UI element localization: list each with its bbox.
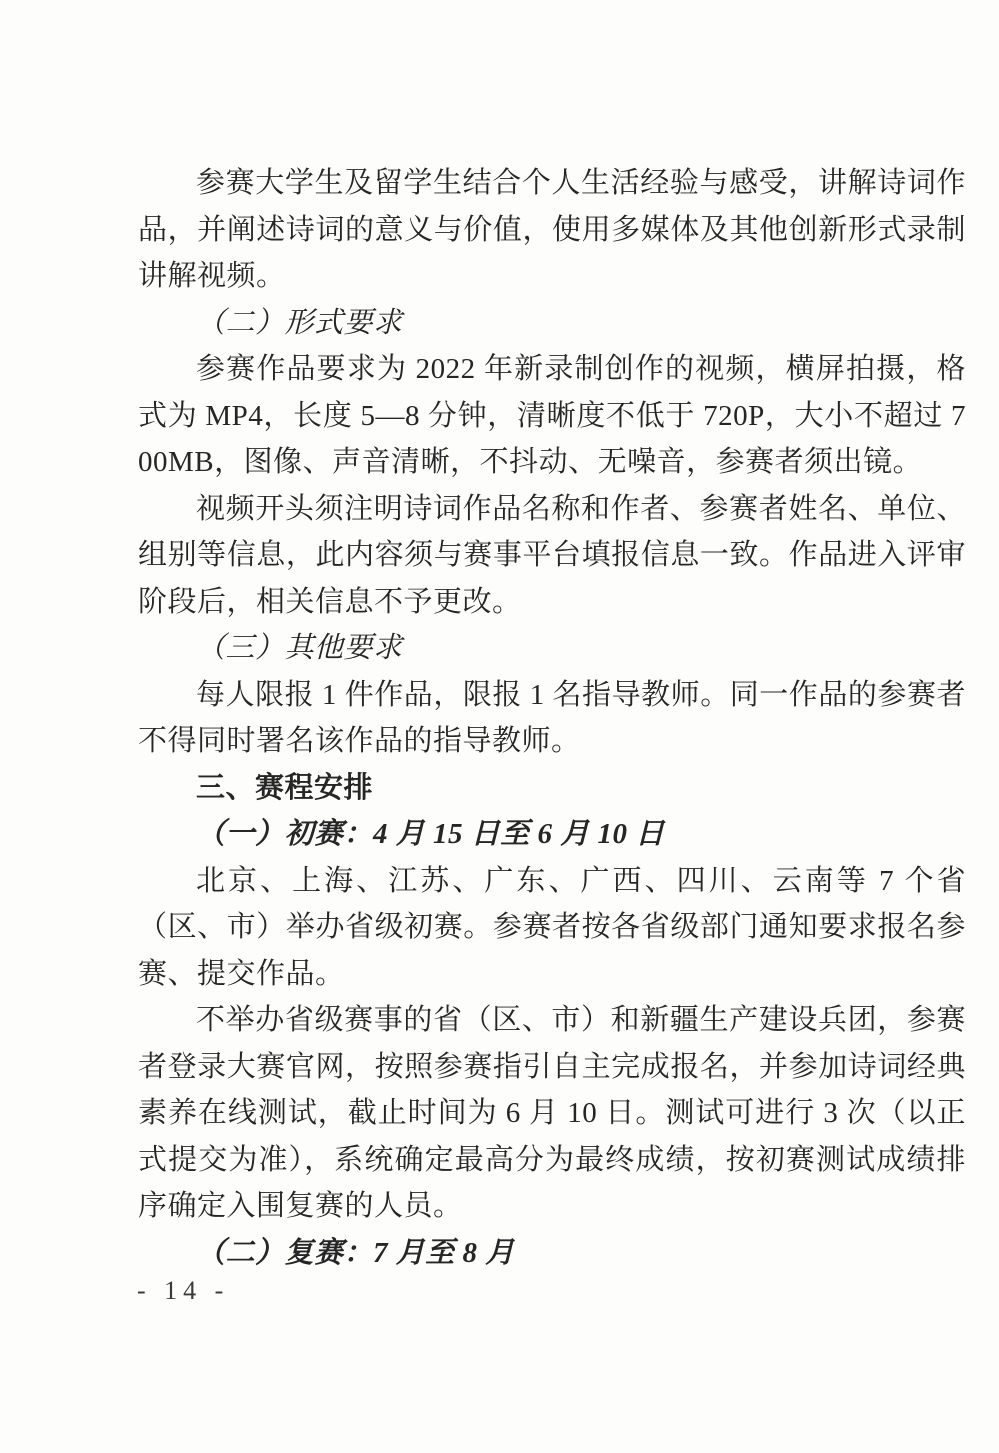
- document-page: 参赛大学生及留学生结合个人生活经验与感受，讲解诗词作品，并阐述诗词的意义与价值，…: [0, 0, 999, 1453]
- paragraph-video-header-info: 视频开头须注明诗词作品名称和作者、参赛者姓名、单位、组别等信息，此内容须与赛事平…: [138, 486, 966, 626]
- page-number: - 14 -: [137, 1276, 229, 1306]
- heading-preliminary-round: （一）初赛：4 月 15 日至 6 月 10 日: [138, 811, 966, 858]
- heading-semifinal-round: （二）复赛：7 月至 8 月: [138, 1230, 966, 1277]
- heading-format-requirements: （二）形式要求: [138, 300, 966, 347]
- heading-other-requirements: （三）其他要求: [138, 625, 966, 672]
- paragraph-entry-limits: 每人限报 1 件作品，限报 1 名指导教师。同一作品的参赛者不得同时署名该作品的…: [138, 672, 966, 765]
- document-body: 参赛大学生及留学生结合个人生活经验与感受，讲解诗词作品，并阐述诗词的意义与价值，…: [138, 160, 966, 1276]
- paragraph-provincial-preliminaries: 北京、上海、江苏、广东、广西、四川、云南等 7 个省（区、市）举办省级初赛。参赛…: [138, 858, 966, 998]
- paragraph-video-content-intro: 参赛大学生及留学生结合个人生活经验与感受，讲解诗词作品，并阐述诗词的意义与价值，…: [138, 160, 966, 300]
- paragraph-video-format-specs: 参赛作品要求为 2022 年新录制创作的视频，横屏拍摄，格式为 MP4，长度 5…: [138, 346, 966, 486]
- paragraph-online-test-registration: 不举办省级赛事的省（区、市）和新疆生产建设兵团，参赛者登录大赛官网，按照参赛指引…: [138, 997, 966, 1230]
- heading-schedule-arrangement: 三、赛程安排: [138, 765, 966, 812]
